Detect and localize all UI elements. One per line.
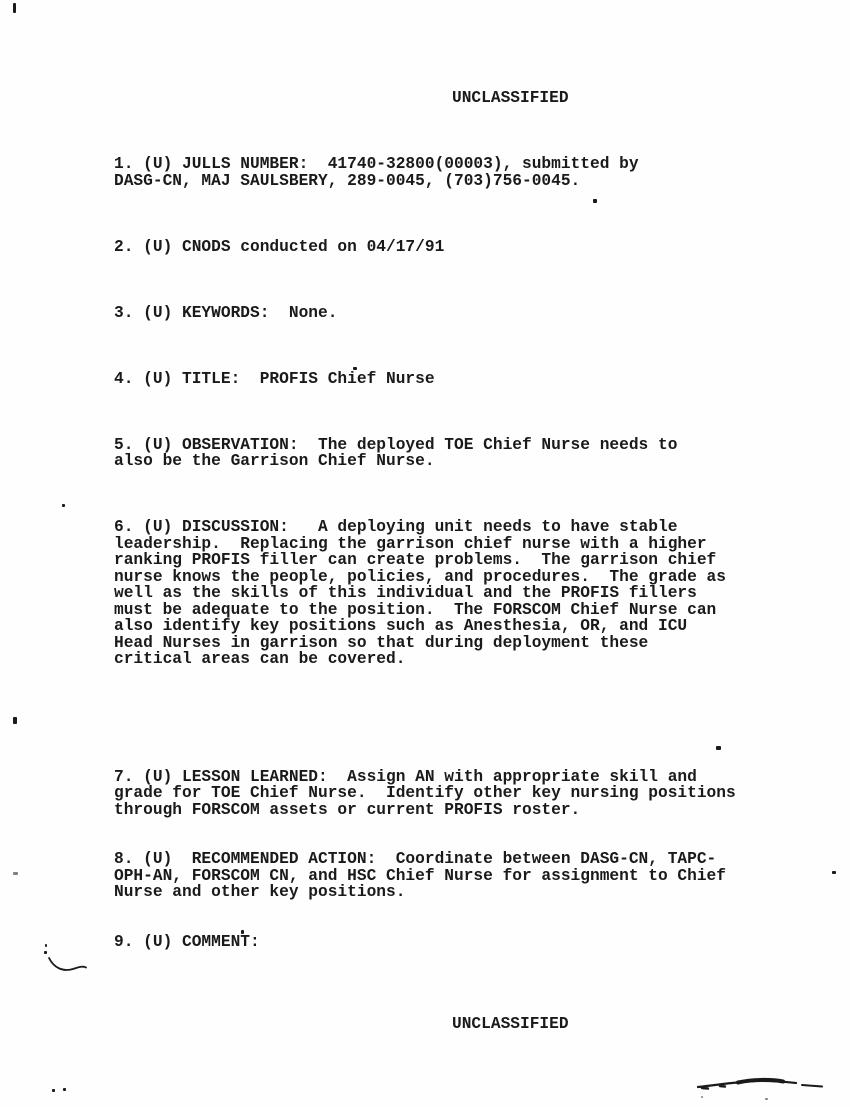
handwritten-squiggle-icon bbox=[47, 955, 89, 975]
doc-item-1-julls-number: 1. (U) JULLS NUMBER: 41740-32800(00003),… bbox=[114, 156, 814, 189]
scanned-document-page: UNCLASSIFIED 1. (U) JULLS NUMBER: 41740-… bbox=[0, 0, 850, 1107]
pen-tick-top-left-mark bbox=[13, 3, 16, 13]
speck-center-bottom-mark bbox=[241, 930, 244, 934]
ink-dot-under-smudge-b bbox=[765, 1098, 768, 1100]
ink-dot-bottom-edge-b bbox=[63, 1088, 66, 1091]
doc-item-5-observation: 5. (U) OBSERVATION: The deployed TOE Chi… bbox=[114, 437, 814, 470]
smudge-dash-icon bbox=[690, 1074, 828, 1100]
ink-dot-bottom-edge-a bbox=[52, 1089, 55, 1092]
doc-item-3-keywords: 3. (U) KEYWORDS: None. bbox=[114, 305, 814, 322]
speck-left-of-lesson-learned-mark bbox=[62, 504, 65, 507]
speck-right-of-title-mark bbox=[593, 199, 597, 203]
pen-mark-left-margin-mark bbox=[13, 717, 17, 724]
doc-item-2-cnods: 2. (U) CNODS conducted on 04/17/91 bbox=[114, 239, 814, 256]
ink-dot-under-smudge-a bbox=[701, 1096, 703, 1098]
speck-lower-right-mark bbox=[832, 871, 836, 874]
document-text-block: UNCLASSIFIED 1. (U) JULLS NUMBER: 41740-… bbox=[114, 57, 814, 1066]
ink-dot-bottom-left-b bbox=[44, 951, 47, 954]
speck-mid-right-mark bbox=[716, 746, 721, 750]
doc-item-7-lesson-learned: 7. (U) LESSON LEARNED: Assign AN with ap… bbox=[114, 769, 814, 819]
doc-item-9-comment: 9. (U) COMMENT: bbox=[114, 934, 814, 951]
doc-item-4-title: 4. (U) TITLE: PROFIS Chief Nurse bbox=[114, 371, 814, 388]
classification-footer: UNCLASSIFIED bbox=[452, 1016, 814, 1033]
doc-item-8-recommended-action: 8. (U) RECOMMENDED ACTION: Coordinate be… bbox=[114, 851, 814, 901]
speck-after-word-this-mark bbox=[353, 367, 357, 370]
faint-speck-left-margin-mark bbox=[13, 872, 18, 875]
ink-dot-bottom-left-a bbox=[45, 944, 47, 947]
classification-header: UNCLASSIFIED bbox=[452, 90, 814, 107]
doc-item-6-discussion: 6. (U) DISCUSSION: A deploying unit need… bbox=[114, 519, 814, 668]
